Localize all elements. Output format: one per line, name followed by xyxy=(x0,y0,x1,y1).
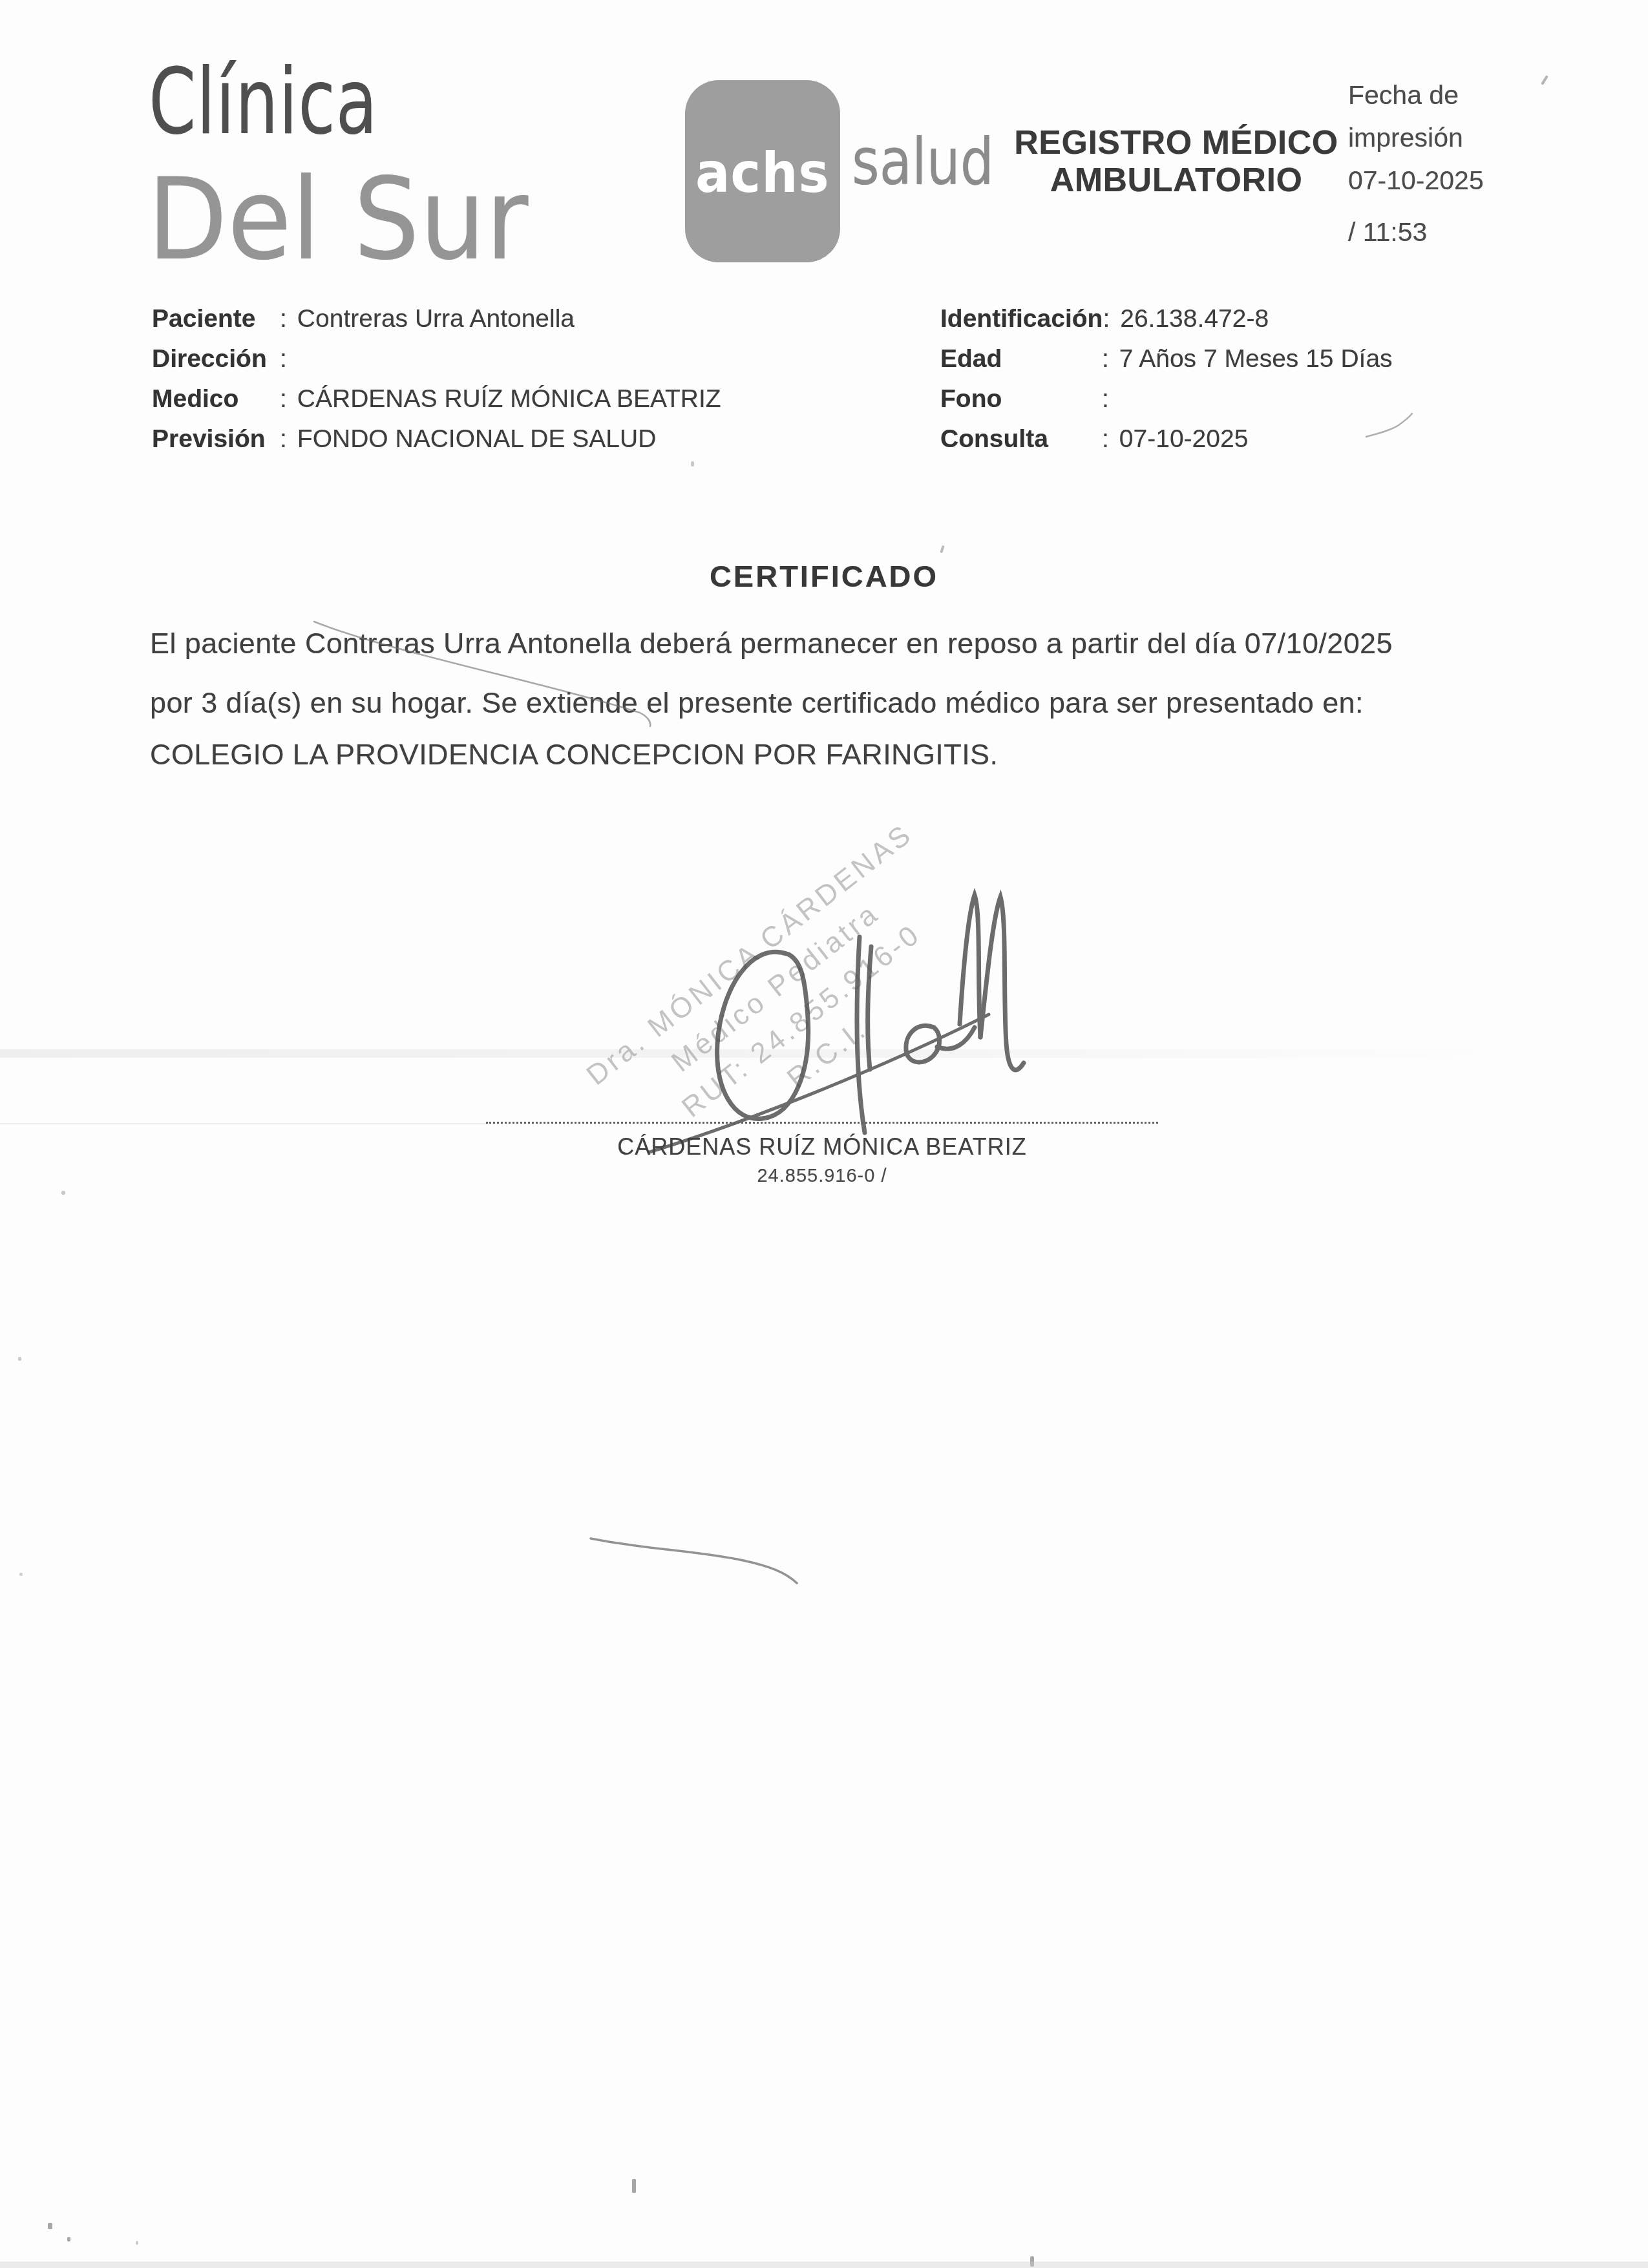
print-date-value: 07-10-2025 xyxy=(1348,159,1561,202)
info-row-consulta: Consulta : 07-10-2025 xyxy=(940,425,1393,465)
info-separator: : xyxy=(1102,345,1109,373)
info-row-direccion: Dirección : xyxy=(152,345,721,385)
scanner-bottom-edge xyxy=(0,2262,1648,2268)
doctor-rut: 24.855.916-0 / xyxy=(486,1166,1158,1187)
info-separator: : xyxy=(1103,305,1110,333)
info-label: Identificación xyxy=(940,305,1103,333)
clinic-logo-line1: Clínica xyxy=(149,54,378,151)
info-row-prevision: Previsión : FONDO NACIONAL DE SALUD xyxy=(152,425,721,465)
print-time-value: / 11:53 xyxy=(1348,211,1561,253)
info-separator: : xyxy=(1102,425,1109,454)
signature-scribble xyxy=(633,876,1060,1163)
info-value: CÁRDENAS RUÍZ MÓNICA BEATRIZ xyxy=(297,385,721,414)
clinic-logo-line2: Del Sur xyxy=(147,160,528,280)
scan-speck xyxy=(691,461,694,467)
info-value: FONDO NACIONAL DE SALUD xyxy=(297,425,656,454)
info-row-edad: Edad : 7 Años 7 Meses 15 Días xyxy=(940,345,1393,385)
scan-speck xyxy=(136,2241,138,2245)
print-date-label-line2: impresión xyxy=(1348,116,1561,159)
certificate-title: CERTIFICADO xyxy=(0,558,1648,594)
doctor-name: CÁRDENAS RUÍZ MÓNICA BEATRIZ xyxy=(486,1133,1158,1160)
info-label: Paciente xyxy=(152,305,280,333)
info-value: 07-10-2025 xyxy=(1119,425,1249,454)
info-label: Medico xyxy=(152,385,280,414)
achs-logo-text: achs xyxy=(695,141,829,205)
certificate-body-line1: El paciente Contreras Urra Antonella deb… xyxy=(150,627,1393,660)
info-separator: : xyxy=(1102,385,1109,414)
signature-line xyxy=(486,1122,1158,1124)
scan-speck xyxy=(18,1357,21,1361)
info-label: Fono xyxy=(940,385,1102,414)
print-date-label-line1: Fecha de xyxy=(1348,74,1561,116)
achs-salud-text: salud xyxy=(852,127,994,198)
document-title-line1: REGISTRO MÉDICO xyxy=(989,124,1364,162)
scan-speck xyxy=(940,545,945,554)
scan-speck xyxy=(19,1573,23,1576)
certificate-body-line2: por 3 día(s) en su hogar. Se extiende el… xyxy=(150,686,1364,720)
info-row-paciente: Paciente : Contreras Urra Antonella xyxy=(152,305,721,345)
print-date-block: Fecha de impresión 07-10-2025 / 11:53 xyxy=(1348,74,1561,253)
scan-speck xyxy=(61,1191,65,1195)
document-title-line2: AMBULATORIO xyxy=(989,162,1364,199)
scan-speck xyxy=(48,2223,52,2229)
info-value: 7 Años 7 Meses 15 Días xyxy=(1119,345,1393,373)
info-separator: : xyxy=(280,385,287,414)
info-label: Edad xyxy=(940,345,1102,373)
info-separator: : xyxy=(280,305,287,333)
scan-speck xyxy=(67,2237,70,2242)
document-page: Clínica Del Sur achs salud REGISTRO MÉDI… xyxy=(0,0,1648,2268)
patient-info-left-column: Paciente : Contreras Urra Antonella Dire… xyxy=(152,305,721,465)
info-separator: : xyxy=(280,425,287,454)
document-title: REGISTRO MÉDICO AMBULATORIO xyxy=(989,124,1364,199)
info-value: 26.138.472-8 xyxy=(1120,305,1269,333)
info-separator: : xyxy=(280,345,287,373)
info-label: Previsión xyxy=(152,425,280,454)
info-label: Consulta xyxy=(940,425,1102,454)
scan-streak-line xyxy=(0,1123,486,1124)
info-label: Dirección xyxy=(152,345,280,373)
patient-info-right-column: Identificación : 26.138.472-8 Edad : 7 A… xyxy=(940,305,1393,465)
certificate-body-line3: COLEGIO LA PROVIDENCIA CONCEPCION POR FA… xyxy=(150,738,998,772)
info-value: Contreras Urra Antonella xyxy=(297,305,575,333)
info-row-identificacion: Identificación : 26.138.472-8 xyxy=(940,305,1393,345)
achs-logo: achs xyxy=(685,80,840,262)
info-row-medico: Medico : CÁRDENAS RUÍZ MÓNICA BEATRIZ xyxy=(152,385,721,425)
info-row-fono: Fono : xyxy=(940,385,1393,425)
scan-speck xyxy=(632,2179,636,2193)
